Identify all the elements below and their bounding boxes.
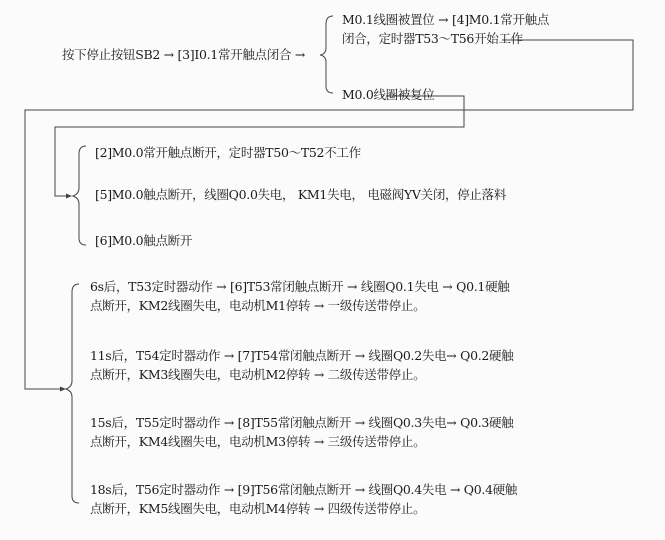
m00-contact-step-6: [6]M0.0触点断开	[95, 233, 192, 249]
m01-set-line2: 闭合，定时器T53～T56开始工作	[342, 31, 523, 47]
arrow-into-brace-middle	[66, 194, 72, 199]
timer-t56-line1: 18s后，T56定时器动作 → [9]T56常闭触点断开 → 线圈Q0.4失电 …	[90, 482, 517, 498]
timer-t55-line2: 点断开，KM4线圈失电，电动机M3停转 → 三级传送带停止。	[90, 434, 425, 450]
root-step: 按下停止按钮SB2 → [3]I0.1常开触点闭合 →	[62, 47, 305, 63]
m00-contact-step-5: [5]M0.0触点断开，线圈Q0.0失电， KM1失电， 电磁阀YV关闭，停止落…	[95, 187, 506, 203]
m01-set-line1: M0.1线圈被置位 → [4]M0.1常开触点	[342, 12, 549, 28]
brace-top	[320, 16, 333, 93]
timer-t54-line2: 点断开，KM3线圈失电，电动机M2停转 → 二级传送带停止。	[90, 367, 425, 383]
brace-bottom	[66, 284, 79, 503]
arrow-into-brace-bottom	[60, 387, 66, 392]
m00-contact-step-2: [2]M0.0常开触点断开，定时器T50～T52不工作	[95, 145, 361, 161]
timer-t56-line2: 点断开，KM5线圈失电，电动机M4停转 → 四级传送带停止。	[90, 501, 425, 517]
m00-reset: M0.0线圈被复位	[342, 87, 434, 103]
timer-t54-line1: 11s后，T54定时器动作 → [7]T54常闭触点断开 → 线圈Q0.2失电→…	[90, 348, 513, 364]
timer-t53-line2: 点断开，KM2线圈失电，电动机M1停转 → 一级传送带停止。	[90, 298, 425, 314]
timer-t53-line1: 6s后，T53定时器动作 → [6]T53常闭触点断开 → 线圈Q0.1失电 →…	[90, 279, 509, 295]
timer-t55-line1: 15s后，T55定时器动作 → [8]T55常闭触点断开 → 线圈Q0.3失电→…	[90, 415, 513, 431]
brace-middle	[73, 146, 86, 245]
connector-lines	[0, 0, 665, 540]
